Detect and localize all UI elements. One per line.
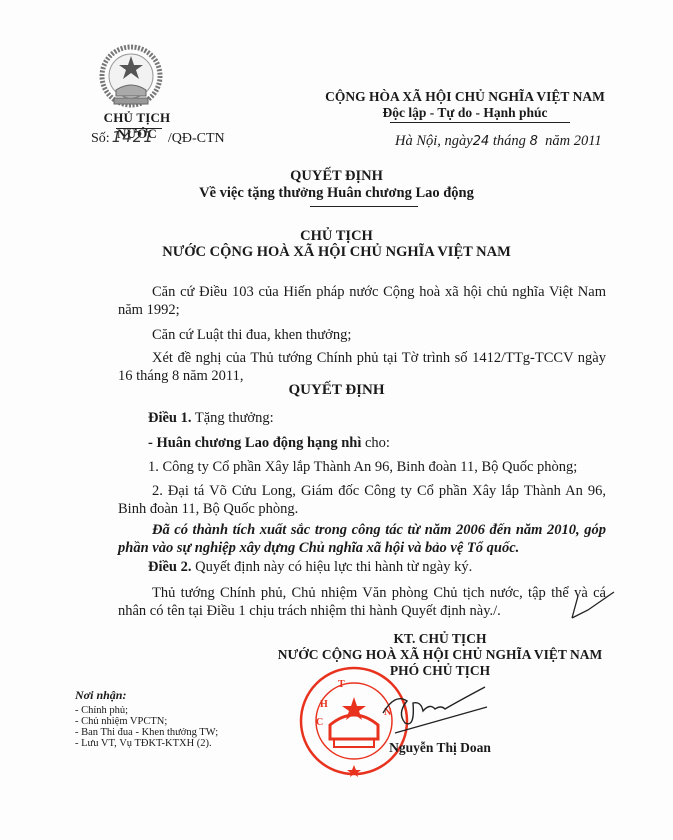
award-line: - Huân chương Lao động hạng nhì cho:	[148, 435, 390, 452]
document-number: Số:1421/QĐ-CTN	[91, 128, 225, 147]
recipient-2: 2. Đại tá Võ Cửu Long, Giám đốc Công ty …	[118, 482, 606, 518]
closing-clause: Thủ tướng Chính phủ, Chủ nhiệm Văn phòng…	[118, 584, 606, 620]
preamble-3: Xét đề nghị của Thủ tướng Chính phủ tại …	[118, 349, 606, 385]
article-2: Điều 2. Quyết định này có hiệu lực thi h…	[148, 559, 472, 576]
svg-text:C: C	[316, 717, 323, 728]
authority-line-1: CHỦ TỊCH	[0, 228, 673, 245]
recipient-item: - Lưu VT, Vụ TĐKT-KTXH (2).	[75, 738, 212, 750]
recipients-heading: Nơi nhận:	[75, 688, 126, 703]
national-title: CỘNG HÒA XÃ HỘI CHỦ NGHĨA VIỆT NAM	[300, 89, 630, 105]
divider	[390, 122, 570, 123]
decision-heading: QUYẾT ĐỊNH	[0, 382, 673, 399]
preamble-1: Căn cứ Điều 103 của Hiến pháp nước Cộng …	[118, 283, 606, 319]
handwritten-number: 1421	[112, 128, 154, 146]
signer-name: Nguyễn Thị Doan	[255, 740, 625, 756]
article-1: Điều 1. Tặng thưởng:	[148, 410, 274, 427]
national-motto: Độc lập - Tự do - Hạnh phúc	[300, 105, 630, 121]
national-emblem-icon	[96, 44, 166, 110]
document-type: QUYẾT ĐỊNH	[0, 168, 673, 185]
initial-mark	[568, 590, 618, 620]
svg-text:T: T	[338, 679, 345, 690]
signature-kt: KT. CHỦ TỊCH	[255, 631, 625, 647]
handwritten-signature	[375, 683, 495, 743]
svg-text:H: H	[320, 699, 328, 710]
divider	[310, 206, 418, 207]
authority-line-2: NƯỚC CỘNG HOÀ XÃ HỘI CHỦ NGHĨA VIỆT NAM	[0, 244, 673, 261]
citation: Đã có thành tích xuất sắc trong công tác…	[118, 521, 606, 557]
document-subject: Về việc tặng thưởng Huân chương Lao động	[0, 185, 673, 202]
recipient-1: 1. Công ty Cổ phần Xây lắp Thành An 96, …	[148, 459, 577, 476]
preamble-2: Căn cứ Luật thi đua, khen thưởng;	[118, 326, 606, 344]
place-date: Hà Nội, ngày24 tháng 8 năm 2011	[395, 133, 602, 150]
signature-org: NƯỚC CỘNG HOÀ XÃ HỘI CHỦ NGHĨA VIỆT NAM	[255, 647, 625, 663]
